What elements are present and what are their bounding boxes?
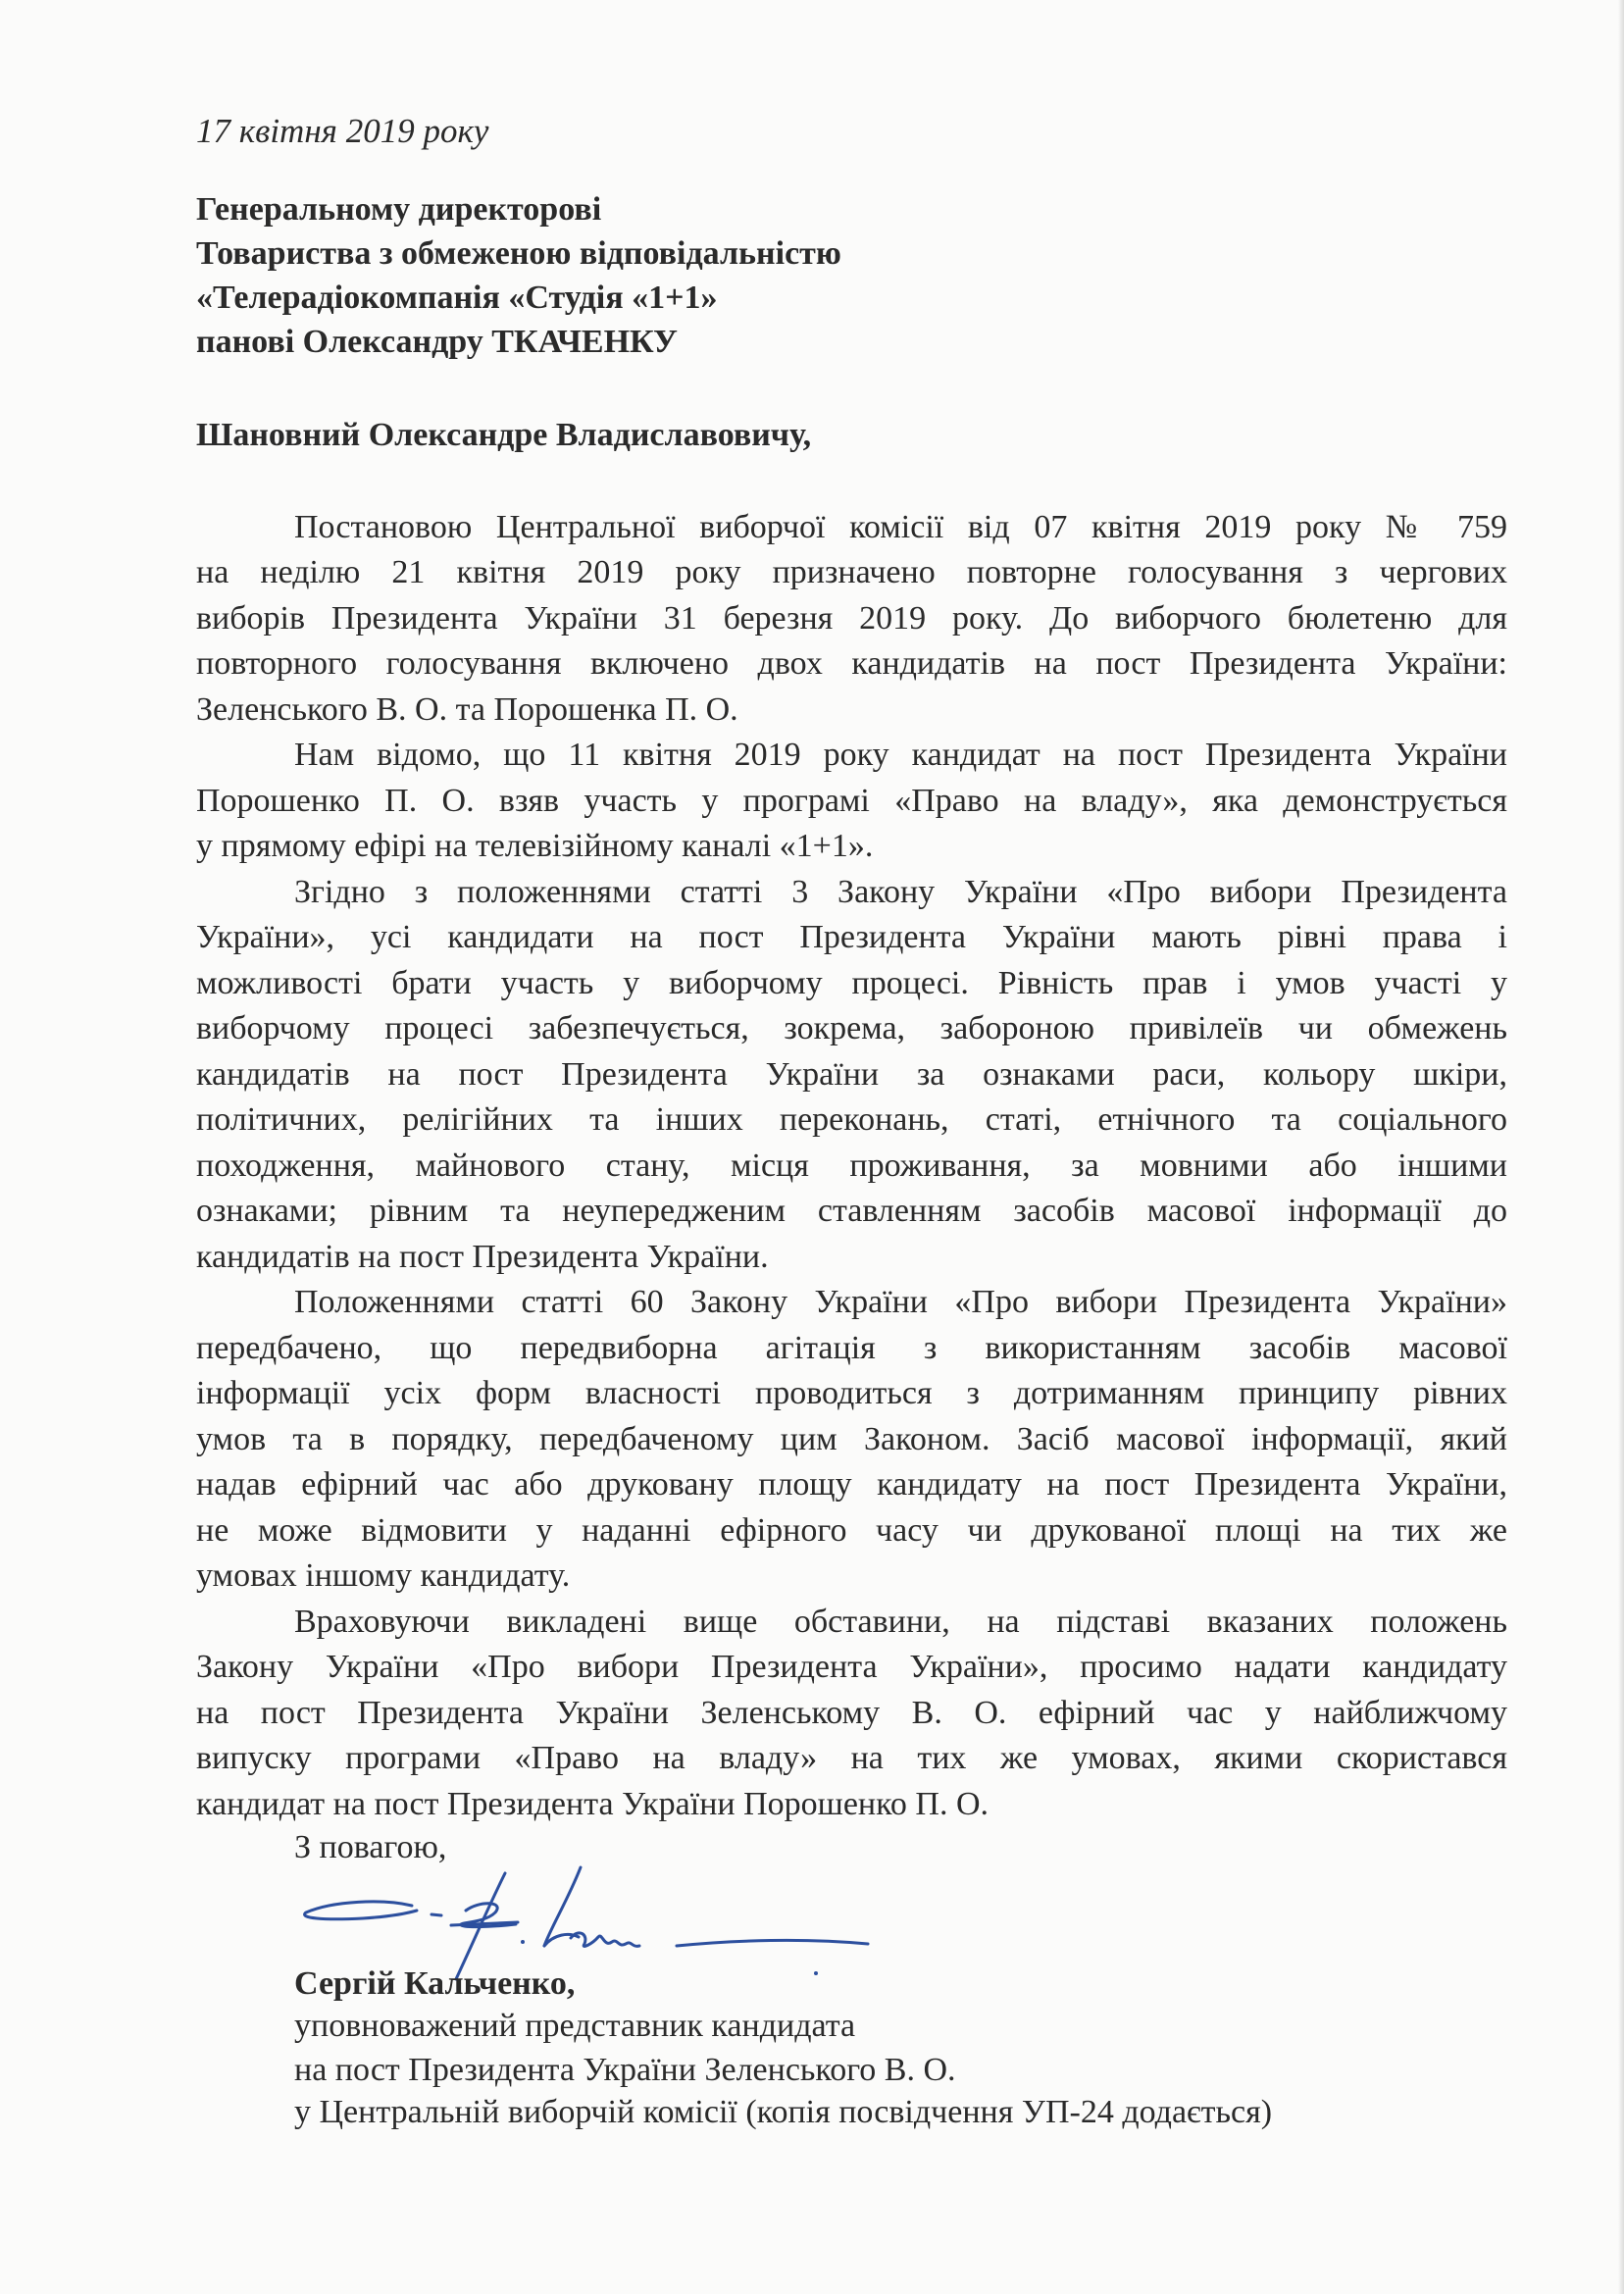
- paragraph-line: можливості брати участь у виборчому проц…: [196, 967, 1507, 1000]
- paragraph-line: випуску програми «Право на владу» на тих…: [196, 1742, 1507, 1775]
- paragraph-line: виборів Президента України 31 березня 20…: [196, 602, 1507, 636]
- paragraph-line: ознаками; рівним та неупередженим ставле…: [196, 1195, 1507, 1228]
- paragraph-line: Нам відомо, що 11 квітня 2019 року канди…: [294, 739, 1507, 772]
- paragraph-line: Закону України «Про вибори Президента Ук…: [196, 1651, 1507, 1684]
- addressee-line: Товариства з обмеженою відповідальністю: [196, 237, 841, 271]
- paragraph-line: України», усі кандидати на пост Президен…: [196, 921, 1507, 954]
- paragraph-line: у прямому ефірі на телевізійному каналі …: [196, 830, 873, 863]
- paragraph-line: походження, майнового стану, місця прожи…: [196, 1149, 1507, 1183]
- paragraph-line: надав ефірний час або друковану площу ка…: [196, 1468, 1507, 1502]
- addressee-line: «Телерадіокомпанія «Студія «1+1»: [196, 281, 718, 315]
- closing-phrase: З повагою,: [294, 1831, 446, 1864]
- paragraph-line: Положеннями статті 60 Закону України «Пр…: [294, 1286, 1507, 1319]
- paragraph-line: кандидат на пост Президента України Поро…: [196, 1788, 989, 1821]
- addressee-line: Генеральному директорові: [196, 193, 601, 227]
- signer-title-line: на пост Президента України Зеленського В…: [294, 2054, 956, 2087]
- paragraph-line: Зеленського В. О. та Порошенка П. О.: [196, 693, 738, 727]
- addressee-line: панові Олександру ТКАЧЕНКУ: [196, 326, 678, 359]
- paragraph-line: не може відмовити у наданні ефірного час…: [196, 1514, 1507, 1548]
- paragraph-line: умов та в порядку, передбаченому цим Зак…: [196, 1423, 1507, 1456]
- salutation: Шановний Олександре Владиславовичу,: [196, 419, 811, 452]
- signer-title-line: уповноважений представник кандидата: [294, 2010, 855, 2043]
- letter-page: 17 квітня 2019 року Генеральному директо…: [0, 0, 1624, 2294]
- paragraph-line: Враховуючи викладені вище обставини, на …: [294, 1606, 1507, 1639]
- signer-title-line: у Центральній виборчій комісії (копія по…: [294, 2096, 1272, 2129]
- letter-date: 17 квітня 2019 року: [196, 115, 488, 148]
- paragraph-line: на пост Президента України Зеленському В…: [196, 1697, 1507, 1730]
- paragraph-line: на неділю 21 квітня 2019 року призначено…: [196, 556, 1507, 589]
- paragraph-line: Згідно з положеннями статті 3 Закону Укр…: [294, 876, 1507, 909]
- paragraph-line: Постановою Центральної виборчої комісії …: [294, 511, 1507, 544]
- paragraph-line: виборчому процесі забезпечується, зокрем…: [196, 1012, 1507, 1045]
- scan-edge-shadow: [1618, 0, 1624, 2294]
- signer-name: Сергій Кальченко,: [294, 1967, 575, 2001]
- paragraph-line: політичних, релігійних та інших перекона…: [196, 1103, 1507, 1137]
- paragraph-line: кандидатів на пост Президента України.: [196, 1241, 769, 1274]
- paragraph-line: передбачено, що передвиборна агітація з …: [196, 1332, 1507, 1365]
- paragraph-line: умовах іншому кандидату.: [196, 1559, 570, 1593]
- paragraph-line: інформації усіх форм власності проводить…: [196, 1377, 1507, 1410]
- paragraph-line: повторного голосування включено двох кан…: [196, 647, 1507, 681]
- paragraph-line: Порошенко П. О. взяв участь у програмі «…: [196, 785, 1507, 818]
- paragraph-line: кандидатів на пост Президента України за…: [196, 1058, 1507, 1092]
